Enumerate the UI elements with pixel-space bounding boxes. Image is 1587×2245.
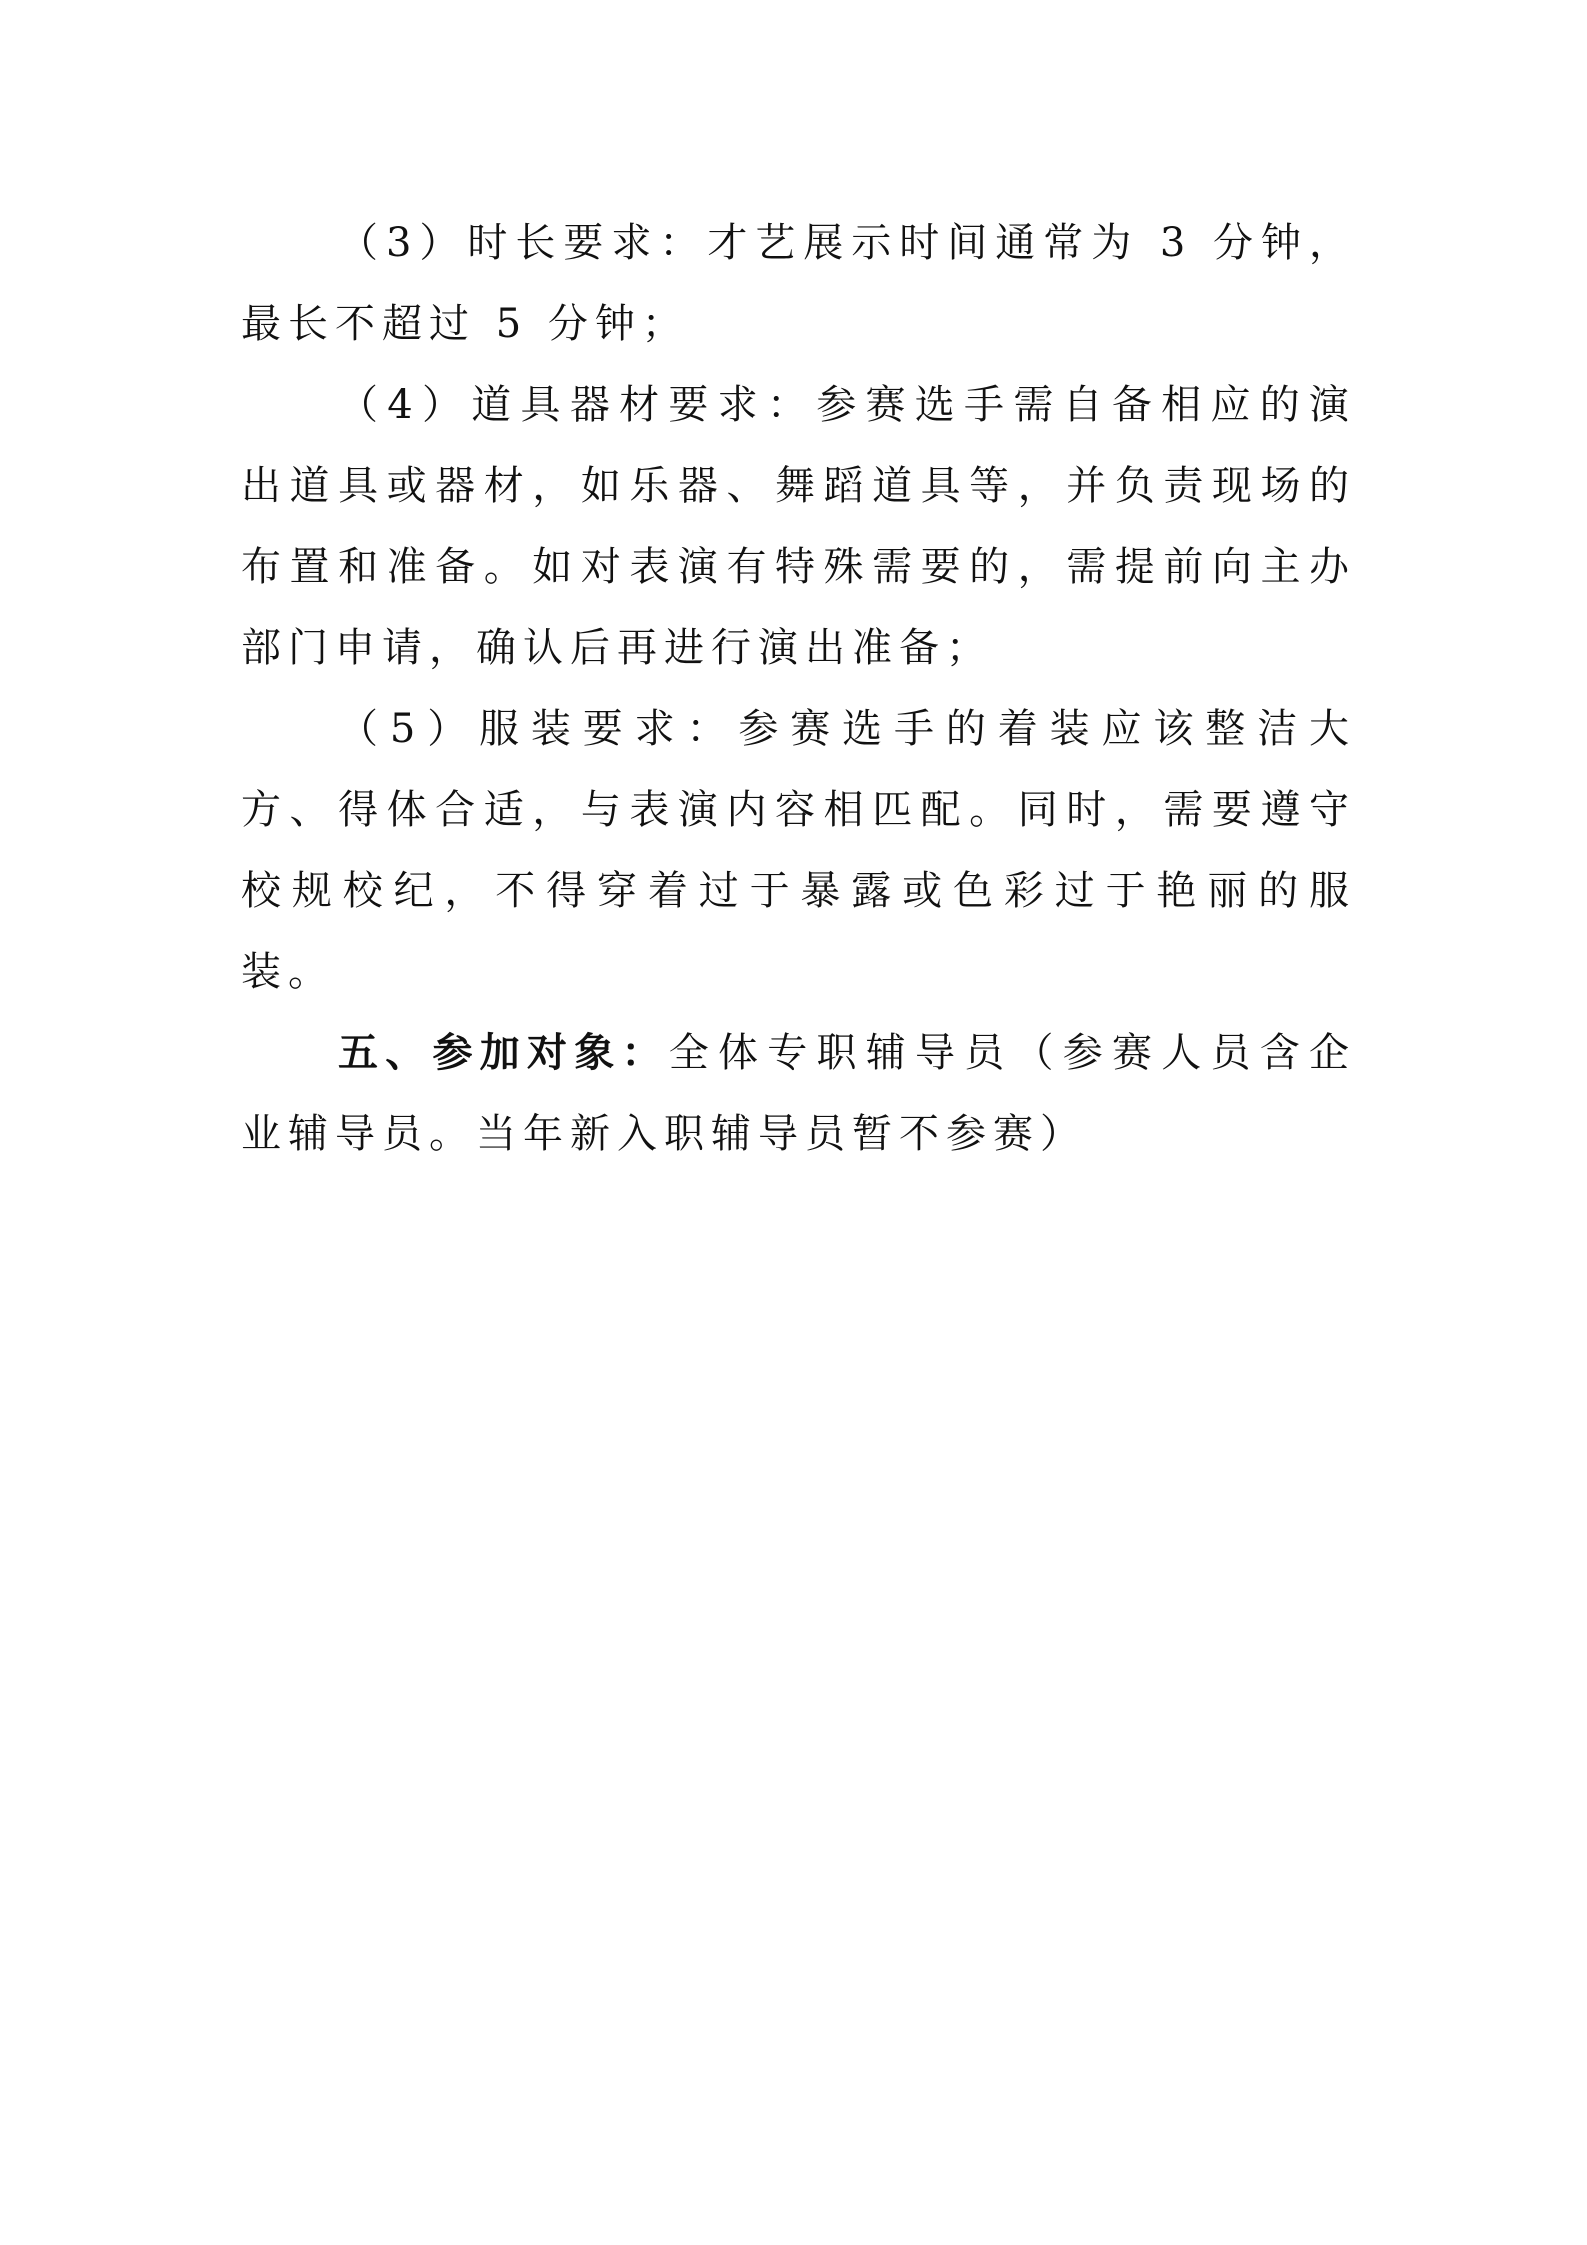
paragraph-costume-requirement: （5）服装要求：参赛选手的着装应该整洁大方、得体合适，与表演内容相匹配。同时，需… [241, 689, 1356, 1013]
section-heading: 五、参加对象： [338, 1030, 669, 1076]
document-page: （3）时长要求：才艺展示时间通常为 3 分钟，最长不超过 5 分钟； （4）道具… [241, 203, 1356, 1175]
section-participants: 五、参加对象：全体专职辅导员（参赛人员含企业辅导员。当年新入职辅导员暂不参赛） [241, 1013, 1356, 1175]
paragraph-duration-requirement: （3）时长要求：才艺展示时间通常为 3 分钟，最长不超过 5 分钟； [241, 203, 1356, 365]
paragraph-props-requirement: （4）道具器材要求：参赛选手需自备相应的演出道具或器材，如乐器、舞蹈道具等，并负… [241, 365, 1356, 689]
